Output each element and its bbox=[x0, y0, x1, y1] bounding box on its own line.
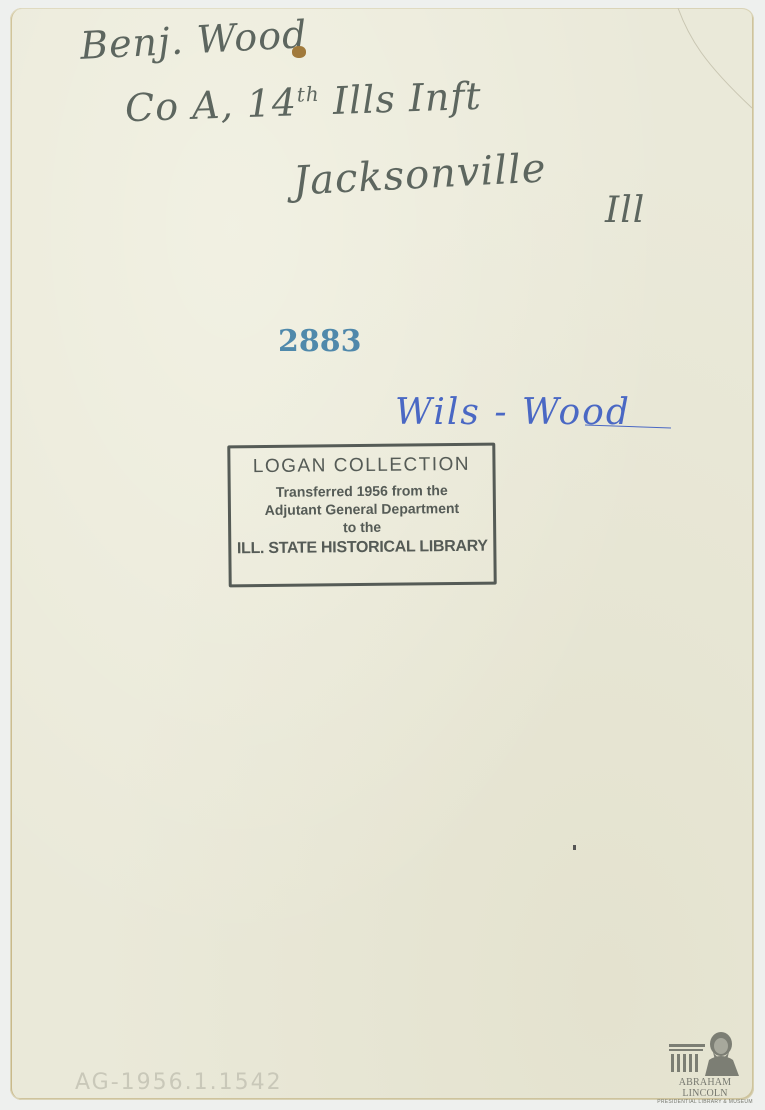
stamp-line-3: Adjutant General Department bbox=[231, 500, 493, 519]
paper-stain bbox=[292, 46, 306, 58]
accession-number: AG-1956.1.1542 bbox=[75, 1070, 283, 1095]
stamp-line-5: ILL. STATE HISTORICAL LIBRARY bbox=[231, 538, 493, 559]
unit-prefix: Co A, 14 bbox=[124, 80, 297, 130]
stamp-line-4: to the bbox=[231, 518, 493, 537]
lincoln-portrait-icon bbox=[665, 1030, 745, 1076]
stamped-catalog-number: 2883 bbox=[278, 324, 362, 359]
watermark-subtitle: PRESIDENTIAL LIBRARY & MUSEUM bbox=[655, 1099, 755, 1105]
corner-crease bbox=[664, 8, 754, 118]
watermark-name: ABRAHAM LINCOLN bbox=[655, 1077, 755, 1099]
stamp-line-2: Transferred 1956 from the bbox=[231, 482, 493, 501]
logan-collection-stamp: LOGAN COLLECTION Transferred 1956 from t… bbox=[227, 443, 496, 588]
unit-suffix: Ills Inft bbox=[319, 74, 482, 124]
paper-speck bbox=[573, 845, 576, 850]
handwritten-state: Ill bbox=[605, 190, 645, 231]
blue-ink-annotation: Wils - Wood bbox=[395, 392, 631, 433]
stamp-title: LOGAN COLLECTION bbox=[230, 454, 492, 479]
unit-ordinal: th bbox=[296, 82, 320, 107]
library-watermark-logo: ABRAHAM LINCOLN PRESIDENTIAL LIBRARY & M… bbox=[655, 1030, 755, 1105]
